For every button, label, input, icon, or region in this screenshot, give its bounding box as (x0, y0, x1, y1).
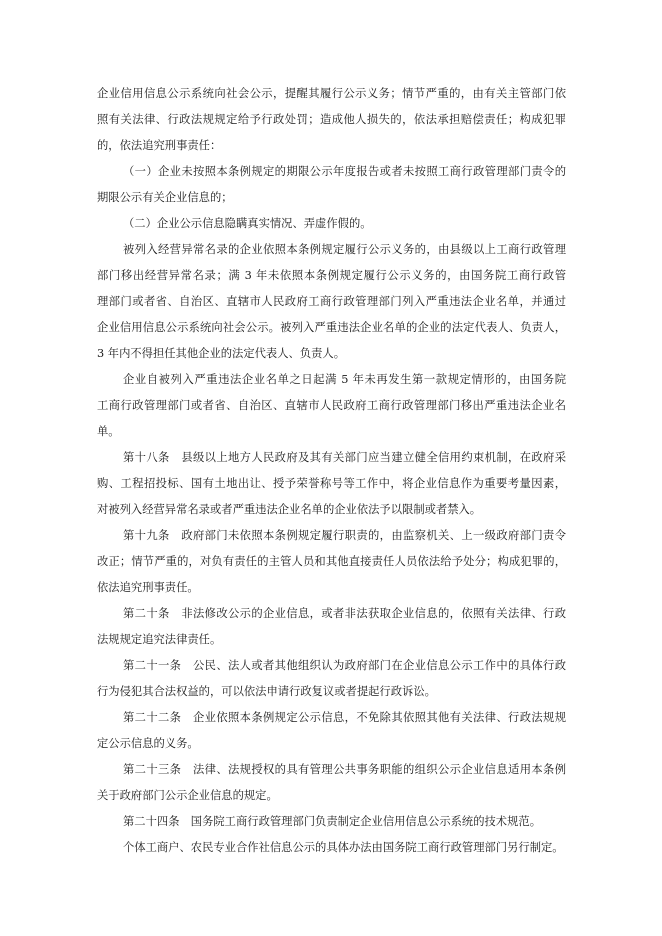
document-line: 行为侵犯其合法权益的，可以依法申请行政复议或者提起行政诉讼。 (97, 679, 566, 705)
paragraph: 被列入经营异常名录的企业依照本条例规定履行公示义务的，由县级以上工商行政管理部门… (97, 237, 566, 367)
document-line: 部门移出经营异常名录；满 3 年未依照本条例规定履行公示义务的，由国务院工商行政… (97, 263, 566, 289)
document-line: （一）企业未按照本条例规定的期限公示年度报告或者未按照工商行政管理部门责令的 (97, 159, 566, 185)
document-page: 企业信用信息公示系统向社会公示，提醒其履行公示义务；情节严重的，由有关主管部门依… (0, 0, 662, 936)
document-line: 单。 (97, 419, 566, 445)
document-line: 法规规定追究法律责任。 (97, 627, 566, 653)
document-text-block: 企业信用信息公示系统向社会公示，提醒其履行公示义务；情节严重的，由有关主管部门依… (97, 81, 566, 861)
document-line: 第二十二条 企业依照本条例规定公示信息，不免除其依照其他有关法律、行政法规规 (97, 705, 566, 731)
document-line: 关于政府部门公示企业信息的规定。 (97, 783, 566, 809)
document-line: 个体工商户、农民专业合作社信息公示的具体办法由国务院工商行政管理部门另行制定。 (97, 835, 566, 861)
paragraph: （二）企业公示信息隐瞒真实情况、弄虚作假的。 (97, 211, 566, 237)
document-line: 购、工程招投标、国有土地出让、授予荣誉称号等工作中，将企业信息作为重要考量因素， (97, 471, 566, 497)
document-line: 第二十一条 公民、法人或者其他组织认为政府部门在企业信息公示工作中的具体行政 (97, 653, 566, 679)
document-line: 期限公示有关企业信息的； (97, 185, 566, 211)
document-line: 理部门或者省、自治区、直辖市人民政府工商行政管理部门列入严重违法企业名单，并通过 (97, 289, 566, 315)
document-line: 改正；情节严重的，对负有责任的主管人员和其他直接责任人员依法给予处分；构成犯罪的… (97, 549, 566, 575)
document-line: 的，依法追究刑事责任： (97, 133, 566, 159)
paragraph: 个体工商户、农民专业合作社信息公示的具体办法由国务院工商行政管理部门另行制定。 (97, 835, 566, 861)
document-line: 定公示信息的义务。 (97, 731, 566, 757)
document-line: 工商行政管理部门或者省、自治区、直辖市人民政府工商行政管理部门移出严重违法企业名 (97, 393, 566, 419)
document-line: 第十八条 县级以上地方人民政府及其有关部门应当建立健全信用约束机制，在政府采 (97, 445, 566, 471)
paragraph: 第十八条 县级以上地方人民政府及其有关部门应当建立健全信用约束机制，在政府采购、… (97, 445, 566, 523)
paragraph: 第二十条 非法修改公示的企业信息，或者非法获取企业信息的，依照有关法律、行政法规… (97, 601, 566, 653)
document-line: 对被列入经营异常名录或者严重违法企业名单的企业依法予以限制或者禁入。 (97, 497, 566, 523)
document-line: 企业信用信息公示系统向社会公示，提醒其履行公示义务；情节严重的，由有关主管部门依 (97, 81, 566, 107)
document-line: 第二十三条 法律、法规授权的具有管理公共事务职能的组织公示企业信息适用本条例 (97, 757, 566, 783)
paragraph: 第二十一条 公民、法人或者其他组织认为政府部门在企业信息公示工作中的具体行政行为… (97, 653, 566, 705)
paragraph: 第二十三条 法律、法规授权的具有管理公共事务职能的组织公示企业信息适用本条例关于… (97, 757, 566, 809)
paragraph: 企业信用信息公示系统向社会公示，提醒其履行公示义务；情节严重的，由有关主管部门依… (97, 81, 566, 159)
document-line: 3 年内不得担任其他企业的法定代表人、负责人。 (97, 341, 566, 367)
document-line: 第二十条 非法修改公示的企业信息，或者非法获取企业信息的，依照有关法律、行政 (97, 601, 566, 627)
paragraph: 企业自被列入严重违法企业名单之日起满 5 年未再发生第一款规定情形的，由国务院工… (97, 367, 566, 445)
document-line: 照有关法律、行政法规规定给予行政处罚；造成他人损失的，依法承担赔偿责任；构成犯罪 (97, 107, 566, 133)
document-line: （二）企业公示信息隐瞒真实情况、弄虚作假的。 (97, 211, 566, 237)
document-line: 被列入经营异常名录的企业依照本条例规定履行公示义务的，由县级以上工商行政管理 (97, 237, 566, 263)
paragraph: （一）企业未按照本条例规定的期限公示年度报告或者未按照工商行政管理部门责令的期限… (97, 159, 566, 211)
document-line: 企业信用信息公示系统向社会公示。被列入严重违法企业名单的企业的法定代表人、负责人… (97, 315, 566, 341)
paragraph: 第二十四条 国务院工商行政管理部门负责制定企业信用信息公示系统的技术规范。 (97, 809, 566, 835)
document-line: 企业自被列入严重违法企业名单之日起满 5 年未再发生第一款规定情形的，由国务院 (97, 367, 566, 393)
document-line: 第十九条 政府部门未依照本条例规定履行职责的，由监察机关、上一级政府部门责令 (97, 523, 566, 549)
paragraph: 第十九条 政府部门未依照本条例规定履行职责的，由监察机关、上一级政府部门责令改正… (97, 523, 566, 601)
paragraph: 第二十二条 企业依照本条例规定公示信息，不免除其依照其他有关法律、行政法规规定公… (97, 705, 566, 757)
document-line: 第二十四条 国务院工商行政管理部门负责制定企业信用信息公示系统的技术规范。 (97, 809, 566, 835)
document-line: 依法追究刑事责任。 (97, 575, 566, 601)
